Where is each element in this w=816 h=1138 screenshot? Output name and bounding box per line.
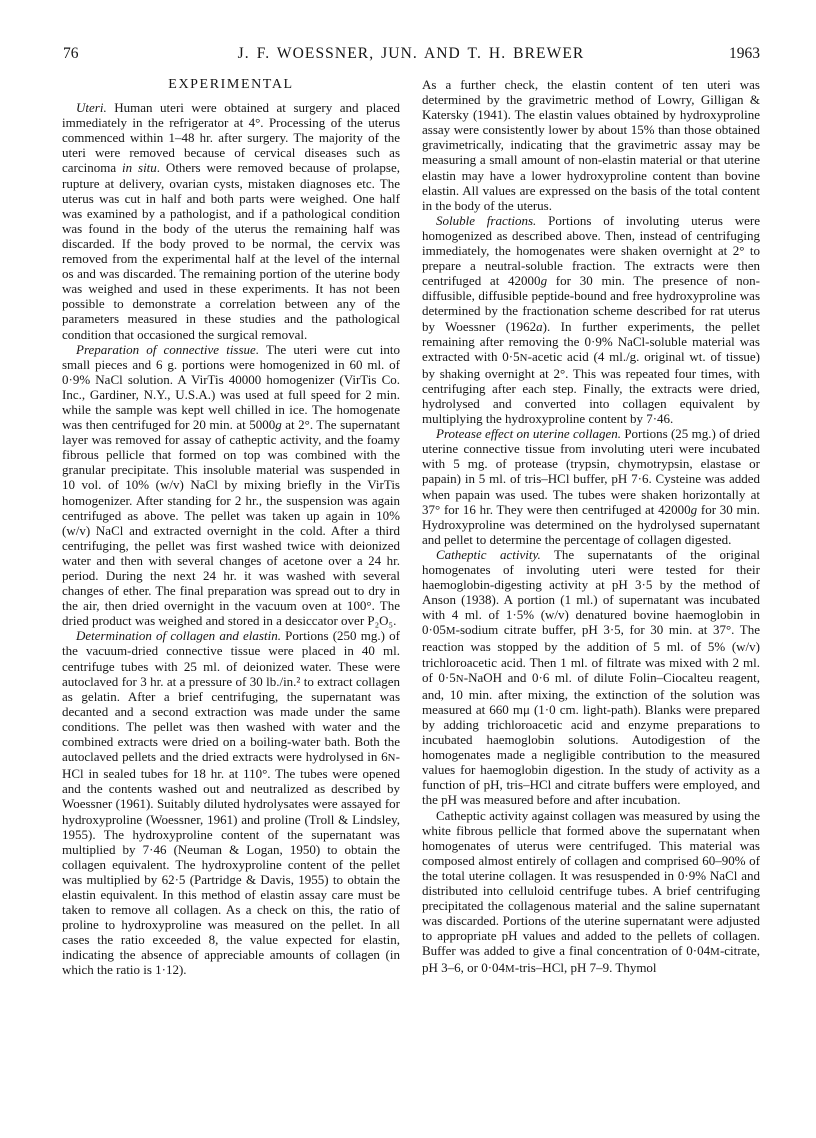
left-column: EXPERIMENTAL Uteri. Human uteri were obt… (62, 77, 400, 978)
small-caps-text: M (710, 946, 720, 958)
paragraph: As a further check, the elastin content … (422, 77, 760, 213)
text-segment: at 2°. The supernatant layer was removed… (62, 417, 400, 628)
section-heading: EXPERIMENTAL (62, 77, 400, 92)
small-caps-text: M (505, 963, 515, 975)
text-segment: . Others were removed because of prolaps… (62, 160, 400, 341)
italic-text: Uteri. (76, 100, 107, 115)
italic-text: in situ (122, 160, 157, 175)
italic-text: Determination of collagen and elastin. (76, 628, 281, 643)
text-segment: Catheptic activity against collagen was … (422, 808, 760, 959)
paragraph: Preparation of connective tissue. The ut… (62, 342, 400, 629)
right-column: As a further check, the elastin content … (422, 77, 760, 978)
running-title: J. F. WOESSNER, JUN. AND T. H. BREWER (62, 44, 760, 64)
text-segment: -NaOH and 0·6 ml. of dilute Folin–Ciocal… (422, 670, 760, 808)
paragraph: Determination of collagen and elastin. P… (62, 628, 400, 977)
italic-text: Preparation of connective tissue. (76, 342, 259, 357)
italic-text: Soluble fractions. (436, 213, 536, 228)
text-segment: -HCl in sealed tubes for 18 hr. at 110°.… (62, 749, 400, 977)
italic-text: Protease effect on uterine collagen. (436, 426, 621, 441)
paragraph: Soluble fractions. Portions of involutin… (422, 213, 760, 426)
small-caps-text: N (456, 673, 464, 685)
paragraph: Uteri. Human uteri were obtained at surg… (62, 100, 400, 342)
small-caps-text: N (388, 752, 396, 764)
journal-page: 76 J. F. WOESSNER, JUN. AND T. H. BREWER… (0, 0, 816, 1138)
year: 1963 (729, 44, 760, 64)
small-caps-text: N (520, 352, 528, 364)
small-caps-text: M (446, 625, 456, 637)
text-segment: As a further check, the elastin content … (422, 77, 760, 213)
paragraph: Catheptic activity. The supernatants of … (422, 547, 760, 808)
text-segment: -tris–HCl, pH 7–9. Thymol (515, 960, 657, 975)
two-column-body: EXPERIMENTAL Uteri. Human uteri were obt… (62, 77, 760, 978)
text-segment: Portions (250 mg.) of the vacuum-dried c… (62, 628, 400, 764)
italic-text: Catheptic activity. (436, 547, 541, 562)
paragraph: Protease effect on uterine collagen. Por… (422, 426, 760, 547)
paragraph: Catheptic activity against collagen was … (422, 808, 760, 978)
running-head: 76 J. F. WOESSNER, JUN. AND T. H. BREWER… (62, 44, 760, 64)
